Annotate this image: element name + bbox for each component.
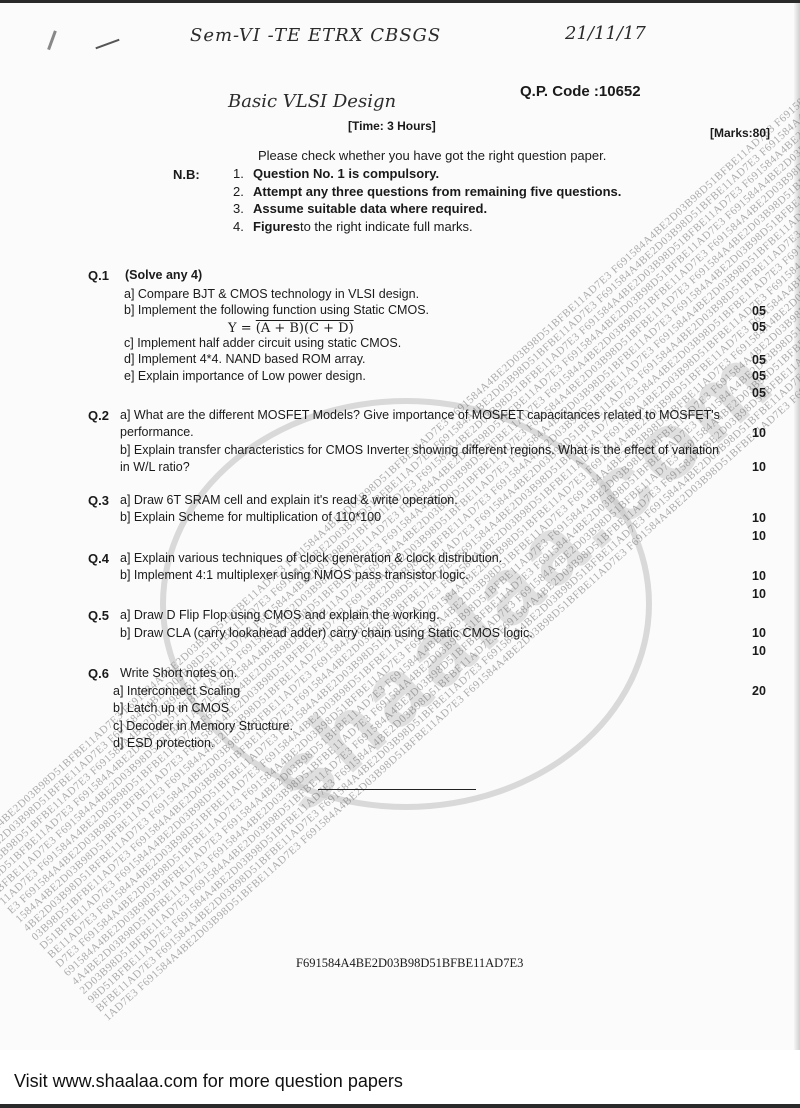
- question-part: b] Implement the following function usin…: [124, 303, 429, 317]
- marks-value: 05: [752, 369, 766, 383]
- instruction-item: 2.Attempt any three questions from remai…: [233, 184, 621, 202]
- question-intro: Write Short notes on.: [120, 666, 237, 680]
- marks-value: 05: [752, 386, 766, 400]
- question-part: b] Draw CLA (carry lookahead adder) carr…: [120, 626, 533, 640]
- pen-dash: [95, 39, 119, 49]
- question-part: a] Draw D Flip Flop using CMOS and expla…: [120, 608, 440, 622]
- watermark-line: D51BFBE11AD7E3 F691584A4BE2D03B98D51BFBE…: [37, 140, 800, 952]
- question-intro: (Solve any 4): [125, 268, 202, 282]
- visit-link[interactable]: Visit www.shaalaa.com for more question …: [14, 1071, 403, 1092]
- question-number: Q.6: [88, 666, 109, 681]
- instruction-item: 4.Figures to the right indicate full mar…: [233, 219, 621, 237]
- marks-value: 05: [752, 353, 766, 367]
- instruction-item: 3.Assume suitable data where required.: [233, 201, 621, 219]
- question-part: c] Implement half adder circuit using st…: [124, 336, 401, 350]
- marks-value: 10: [752, 529, 766, 543]
- exam-time: [Time: 3 Hours]: [348, 119, 436, 133]
- pen-mark: [47, 30, 72, 55]
- question-part: c] Decoder in Memory Structure.: [113, 719, 293, 733]
- question-part: b] Explain Scheme for multiplication of …: [120, 510, 381, 524]
- question-part: a] Draw 6T SRAM cell and explain it's re…: [120, 493, 458, 507]
- instruction-list: 1.Question No. 1 is compulsory. 2.Attemp…: [233, 166, 621, 236]
- handwritten-course: Sem-VI -TE ETRX CBSGS: [190, 25, 441, 46]
- question-part: b] Explain transfer characteristics for …: [120, 443, 719, 457]
- question-number: Q.5: [88, 608, 109, 623]
- question-part: performance.: [120, 425, 194, 439]
- marks-value: 10: [752, 626, 766, 640]
- marks-value: 10: [752, 644, 766, 658]
- marks-value: 10: [752, 426, 766, 440]
- marks-value: 05: [752, 320, 766, 334]
- question-part: d] Implement 4*4. NAND based ROM array.: [124, 352, 366, 366]
- marks-value: 10: [752, 460, 766, 474]
- total-marks: [Marks:80]: [710, 126, 770, 140]
- question-part: a] What are the different MOSFET Models?…: [120, 408, 720, 422]
- question-part: a] Explain various techniques of clock g…: [120, 551, 502, 565]
- question-number: Q.2: [88, 408, 109, 423]
- boolean-formula: Y = (A + B)(C + D): [228, 321, 354, 336]
- end-line: [318, 789, 476, 790]
- question-part: in W/L ratio?: [120, 460, 190, 474]
- handwritten-subject: Basic VLSI Design: [228, 91, 396, 112]
- question-paper-page: shaalaa.com F691584A4BE2D03B98D51BFBE11A…: [0, 0, 800, 1050]
- bottom-bar: [0, 1104, 800, 1108]
- qp-code: Q.P. Code :10652: [520, 83, 641, 100]
- question-part: e] Explain importance of Low power desig…: [124, 369, 366, 383]
- question-number: Q.1: [88, 268, 109, 283]
- question-part: b] Implement 4:1 multiplexer using NMOS …: [120, 568, 469, 582]
- question-part: b] Latch up in CMOS: [113, 701, 229, 715]
- watermark-line: 4BE2D03B98D51BFBE11AD7E3 F691584A4BE2D03…: [21, 122, 800, 934]
- marks-value: 20: [752, 684, 766, 698]
- marks-value: 05: [752, 304, 766, 318]
- question-part: d] ESD protection.: [113, 736, 214, 750]
- question-part: a] Compare BJT & CMOS technology in VLSI…: [124, 287, 419, 301]
- marks-value: 10: [752, 569, 766, 583]
- instruction-item: 1.Question No. 1 is compulsory.: [233, 166, 621, 184]
- watermark-line: 03B98D51BFBE11AD7E3 F691584A4BE2D03B98D5…: [29, 131, 800, 943]
- nb-label: N.B:: [173, 167, 200, 182]
- question-number: Q.3: [88, 493, 109, 508]
- paper-code: F691584A4BE2D03B98D51BFBE11AD7E3: [296, 956, 523, 971]
- question-number: Q.4: [88, 551, 109, 566]
- question-part: a] Interconnect Scaling: [113, 684, 240, 698]
- marks-value: 10: [752, 511, 766, 525]
- watermark-circle: [160, 398, 652, 810]
- check-instruction: Please check whether you have got the ri…: [258, 148, 606, 163]
- handwritten-date: 21/11/17: [565, 23, 646, 44]
- marks-value: 10: [752, 587, 766, 601]
